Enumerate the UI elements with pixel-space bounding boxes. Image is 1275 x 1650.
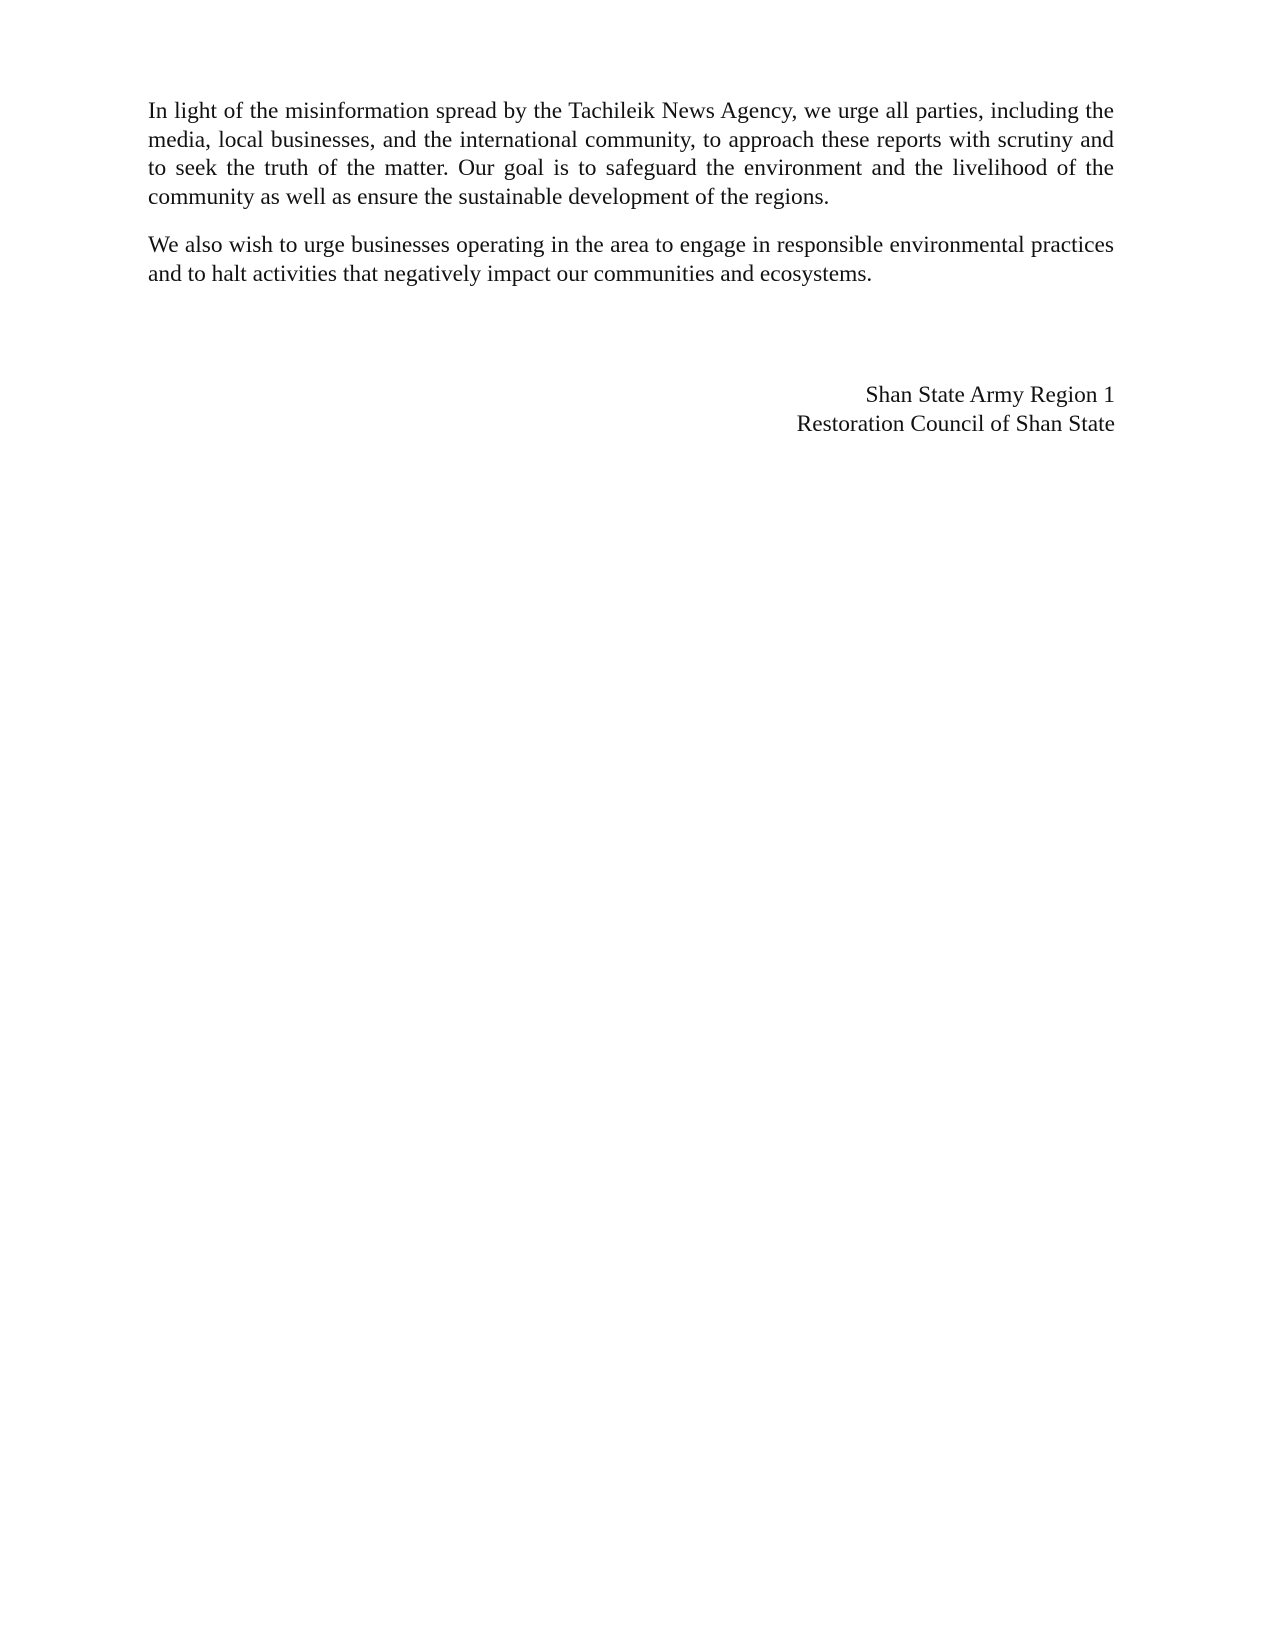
signature-block: Shan State Army Region 1 Restoration Cou… <box>797 381 1115 438</box>
paragraph-business-appeal: We also wish to urge businesses operatin… <box>148 231 1114 288</box>
paragraph-misinformation-appeal: In light of the misinformation spread by… <box>148 97 1114 211</box>
document-page: In light of the misinformation spread by… <box>0 0 1275 1650</box>
signature-line-council: Restoration Council of Shan State <box>797 410 1115 439</box>
signature-line-organization: Shan State Army Region 1 <box>797 381 1115 410</box>
